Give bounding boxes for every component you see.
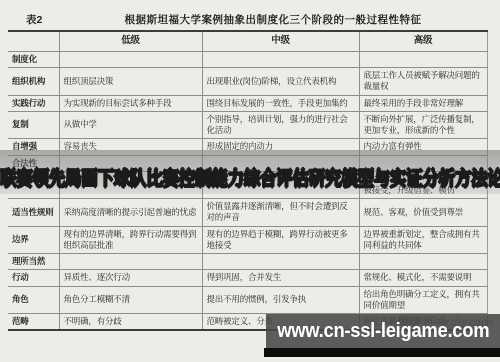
row-label: 边界	[8, 226, 59, 253]
row-label: 角色	[8, 286, 59, 313]
cell-mid	[202, 254, 359, 270]
cell-mid: 现有的边界趋于模糊，跨界行动被更多地接受	[202, 226, 359, 253]
cell-mid: 提出不用的惯例，引发争执	[202, 286, 359, 313]
row-label: 范畴	[8, 313, 59, 330]
row-label: 行动	[8, 270, 59, 286]
cell-high: 常规化、模式化，不需要说明	[359, 270, 487, 286]
table-row: 行动异质性、逐次行动得到巩固，合并发生常规化、模式化，不需要说明	[8, 270, 487, 286]
cell-low	[59, 52, 202, 68]
cell-high: 给出角色明确分工定义，拥有共同价值期望	[359, 286, 487, 313]
table-row: 角色角色分工模糊不清提出不用的惯例，引发争执给出角色明确分工定义，拥有共同价值期…	[8, 286, 487, 313]
header-col-low: 低级	[59, 31, 202, 52]
section-row: 制度化	[8, 52, 487, 68]
header-row: 低级 中级 高级	[8, 31, 487, 52]
cell-mid: 出现职业(岗位)阶梯，设立代表机构	[202, 68, 359, 95]
cell-high: 不断向外扩展，广泛传播复制，更加专业，形成新的个性	[359, 111, 487, 138]
section-row: 理所当然	[8, 254, 487, 270]
cell-high: 边界被重新划定，整合成拥有共同利益的共同体	[359, 226, 487, 253]
table-title: 根据斯坦福大学案例抽象出制度化三个阶段的一般过程性特征	[68, 12, 478, 27]
cell-high: 规范、客观，价值受到尊崇	[359, 199, 487, 226]
table-row: 实践行动为实现新的目标尝试多种手段围绕目标发展的一致性，手段更加集约最终采用的手…	[8, 95, 487, 111]
row-label: 理所当然	[8, 254, 59, 270]
table-row: 适当性规则采纳高度清晰的提示引起普遍的忧虑价值显露并逐渐清晰，但不时会遭到反对的…	[8, 199, 487, 226]
header-empty-cell	[8, 31, 59, 52]
cell-mid: 得到巩固，合并发生	[202, 270, 359, 286]
cell-low: 从做中学	[59, 111, 202, 138]
header-col-mid: 中级	[202, 31, 359, 52]
cell-high	[359, 254, 487, 270]
row-label: 实践行动	[8, 95, 59, 111]
cell-mid: 价值显露并逐渐清晰，但不时会遭到反对的声音	[202, 199, 359, 226]
scanned-table-screenshot: 表2 根据斯坦福大学案例抽象出制度化三个阶段的一般过程性特征 低级 中级 高级 …	[0, 0, 500, 362]
table-row: 边界现有的边界清晰，跨界行动需要得到组织高层批准现有的边界趋于模糊，跨界行动被更…	[8, 226, 487, 253]
table-caption-row: 表2 根据斯坦福大学案例抽象出制度化三个阶段的一般过程性特征	[8, 12, 488, 30]
cell-low: 为实现新的目标尝试多种手段	[59, 95, 202, 111]
cell-low: 采纳高度清晰的提示引起普遍的忧虑	[59, 199, 202, 226]
cell-low: 异质性、逐次行动	[59, 270, 202, 286]
row-label: 制度化	[8, 52, 59, 68]
table-row: 组织机构组织顶层决策出现职业(岗位)阶梯，设立代表机构底层工作人员被赋予解决问题…	[8, 68, 487, 95]
cell-low: 组织顶层决策	[59, 68, 202, 95]
cell-high: 最终采用的手段非常好理解	[359, 95, 487, 111]
row-label: 复制	[8, 111, 59, 138]
cell-low: 现有的边界清晰，跨界行动需要得到组织高层批准	[59, 226, 202, 253]
cell-low: 角色分工模糊不清	[59, 286, 202, 313]
row-label: 组织机构	[8, 68, 59, 95]
table-number-label: 表2	[26, 12, 42, 27]
cell-high	[359, 52, 487, 68]
cell-low	[59, 254, 202, 270]
cell-mid: 个别指导，培训计划，强力的进行社会化活动	[202, 111, 359, 138]
cell-high: 底层工作人员被赋予解决问题的裁量权	[359, 68, 487, 95]
overlay-title-banner: 联赛领先局面下球队比赛控制能力综合评估研究模型与实证分析方法论	[0, 150, 500, 194]
watermark-box: www.cn-ssl-leigame.com	[266, 314, 500, 348]
watermark-url-text: www.cn-ssl-leigame.com	[277, 320, 489, 343]
cell-mid	[202, 52, 359, 68]
row-label: 适当性规则	[8, 199, 59, 226]
overlay-title-text: 联赛领先局面下球队比赛控制能力综合评估研究模型与实证分析方法论	[0, 163, 500, 191]
watermark-bottom-bar	[264, 348, 500, 357]
table-row: 复制从做中学个别指导，培训计划，强力的进行社会化活动不断向外扩展，广泛传播复制，…	[8, 111, 487, 138]
cell-low: 不明确，有分歧	[59, 313, 202, 330]
header-col-high: 高级	[359, 31, 487, 52]
cell-mid: 围绕目标发展的一致性，手段更加集约	[202, 95, 359, 111]
